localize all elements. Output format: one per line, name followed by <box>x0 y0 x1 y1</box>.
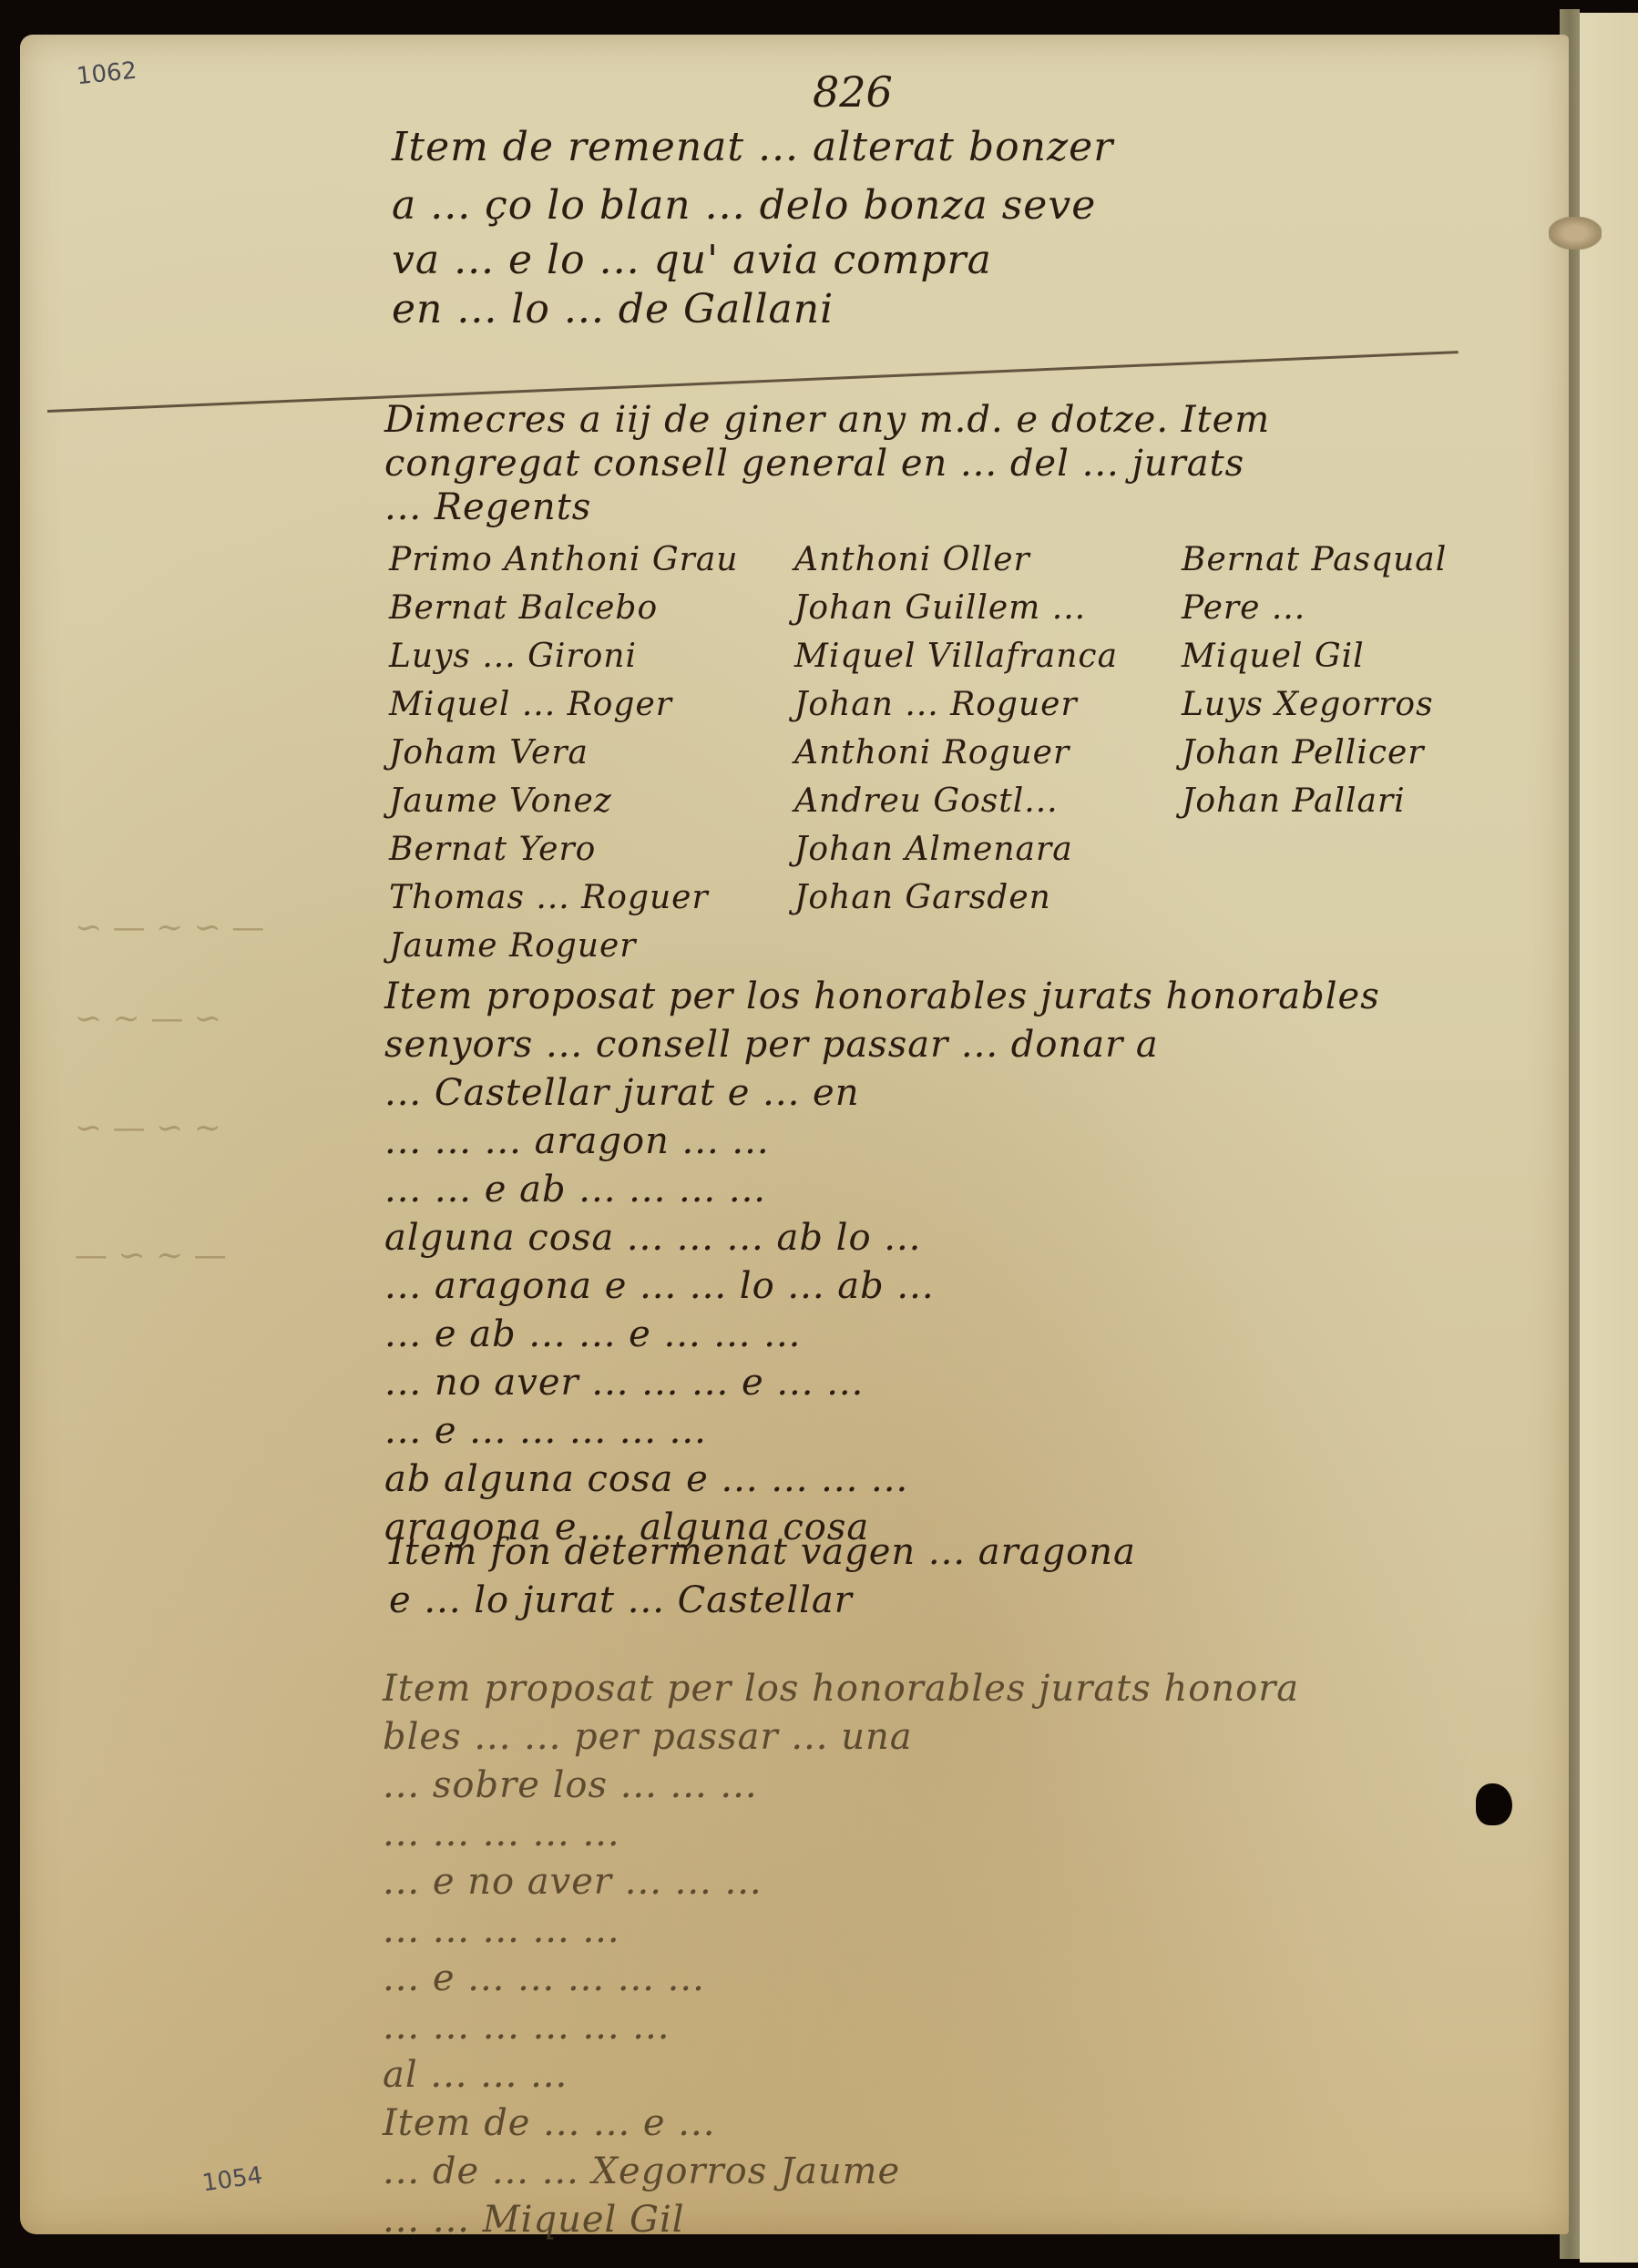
attendee-name: Jaume Roguer <box>389 922 738 970</box>
paragraph-1: Item proposat per los honorables jurats … <box>384 973 1380 1552</box>
text-line: alguna cosa ... ... ... ab lo ... <box>384 1214 1380 1262</box>
bleed-through-ink: ~ — ∽ ~ <box>75 1000 221 1037</box>
binding-thread <box>1549 217 1602 250</box>
attendees-column-2: Anthoni Oller Johan Guillem ... Miquel V… <box>794 536 1118 922</box>
text-line: ... e ... ... ... ... ... <box>384 1407 1380 1456</box>
text-line: ... ... ... ... ... <box>383 1906 1299 1955</box>
paragraph-3: Item proposat per los honorables jurats … <box>383 1665 1299 2244</box>
session-line: congregat consell general en ... del ...… <box>384 443 1244 485</box>
attendee-name: Thomas ... Roguer <box>389 873 738 922</box>
bleed-through-ink: — ∽ ~ — <box>75 1237 227 1274</box>
text-line: ... ... ... aragon ... ... <box>384 1118 1380 1166</box>
attendee-name: Johan ... Roguer <box>794 680 1118 729</box>
heading-line: va ... e lo ... qu' avia compra <box>392 237 992 283</box>
text-line: ... e ab ... ... e ... ... ... <box>384 1311 1380 1359</box>
attendees-column-3: Bernat Pasqual Pere ... Miquel Gil Luys … <box>1182 536 1447 825</box>
attendees-column-1: Primo Anthoni Grau Bernat Balcebo Luys .… <box>389 536 738 970</box>
text-line: ... ... e ab ... ... ... ... <box>384 1166 1380 1214</box>
attendee-name: Bernat Pasqual <box>1182 536 1447 584</box>
attendee-name: Primo Anthoni Grau <box>389 536 738 584</box>
paragraph-2: Item fon determenat vagen ... aragona e … <box>389 1528 1136 1625</box>
archive-number-top: 1062 <box>76 57 138 91</box>
attendee-name: Luys ... Gironi <box>389 632 738 680</box>
manuscript-page: 1062 1054 826 — ~ ∽ — ~ ~ — ∽ ~ ∽ ~ — ~ … <box>20 35 1569 2234</box>
session-line: ... Regents <box>384 486 591 528</box>
attendee-name: Johan Garsden <box>794 873 1118 922</box>
text-line: Item de ... ... e ... <box>383 2099 1299 2148</box>
archive-number-bottom: 1054 <box>200 2162 264 2198</box>
text-line: Item proposat per los honorables jurats … <box>384 973 1380 1021</box>
attendee-name: Luys Xegorros <box>1182 680 1447 729</box>
heading-line: Item de remenat ... alterat bonzer <box>392 124 1113 170</box>
text-line: ... no aver ... ... ... e ... ... <box>384 1359 1380 1407</box>
text-line: ... e no aver ... ... ... <box>383 1858 1299 1906</box>
text-line: ... e ... ... ... ... ... <box>383 1955 1299 2003</box>
text-line: ... ... ... ... ... <box>383 1810 1299 1858</box>
facing-page-edge <box>1580 13 1638 2263</box>
text-line: ... ... ... ... ... ... <box>383 2003 1299 2051</box>
text-line: ... ... Miquel Gil <box>383 2196 1299 2244</box>
text-line: e ... lo jurat ... Castellar <box>389 1577 1136 1625</box>
bleed-through-ink: — ~ ∽ — ~ <box>75 909 264 946</box>
attendee-name: Anthoni Oller <box>794 536 1118 584</box>
attendee-name: Andreu Gostl... <box>794 777 1118 825</box>
wormhole-damage <box>1476 1783 1512 1825</box>
attendee-name: Johan Pellicer <box>1182 729 1447 777</box>
session-line: Dimecres a iij de giner any m.d. e dotze… <box>384 399 1270 441</box>
attendee-name: Anthoni Roguer <box>794 729 1118 777</box>
attendee-name: Joham Vera <box>389 729 738 777</box>
text-line: ab alguna cosa e ... ... ... ... <box>384 1456 1380 1504</box>
attendee-name: Miquel Villafranca <box>794 632 1118 680</box>
attendee-name: Miquel Gil <box>1182 632 1447 680</box>
attendee-name: Johan Guillem ... <box>794 584 1118 632</box>
text-line: bles ... ... per passar ... una <box>383 1713 1299 1762</box>
heading-line: a ... ço lo blan ... delo bonza seve <box>392 182 1096 229</box>
text-line: ... sobre los ... ... ... <box>383 1762 1299 1810</box>
text-line: senyors ... consell per passar ... donar… <box>384 1021 1380 1069</box>
text-line: al ... ... ... <box>383 2051 1299 2099</box>
attendee-name: Jaume Vonez <box>389 777 738 825</box>
text-line: ... aragona e ... ... lo ... ab ... <box>384 1262 1380 1311</box>
attendee-name: Bernat Balcebo <box>389 584 738 632</box>
attendee-name: Miquel ... Roger <box>389 680 738 729</box>
folio-number: 826 <box>813 67 893 117</box>
text-line: Item proposat per los honorables jurats … <box>383 1665 1299 1713</box>
text-line: ... de ... ... Xegorros Jaume <box>383 2148 1299 2196</box>
heading-line: en ... lo ... de Gallani <box>392 286 834 332</box>
text-line: Item fon determenat vagen ... aragona <box>389 1528 1136 1577</box>
attendee-name: Bernat Yero <box>389 825 738 873</box>
text-line: ... Castellar jurat e ... en <box>384 1069 1380 1118</box>
attendee-name: Pere ... <box>1182 584 1447 632</box>
bleed-through-ink: ∽ ~ — ~ <box>75 1109 221 1147</box>
attendee-name: Johan Almenara <box>794 825 1118 873</box>
attendee-name: Johan Pallari <box>1182 777 1447 825</box>
